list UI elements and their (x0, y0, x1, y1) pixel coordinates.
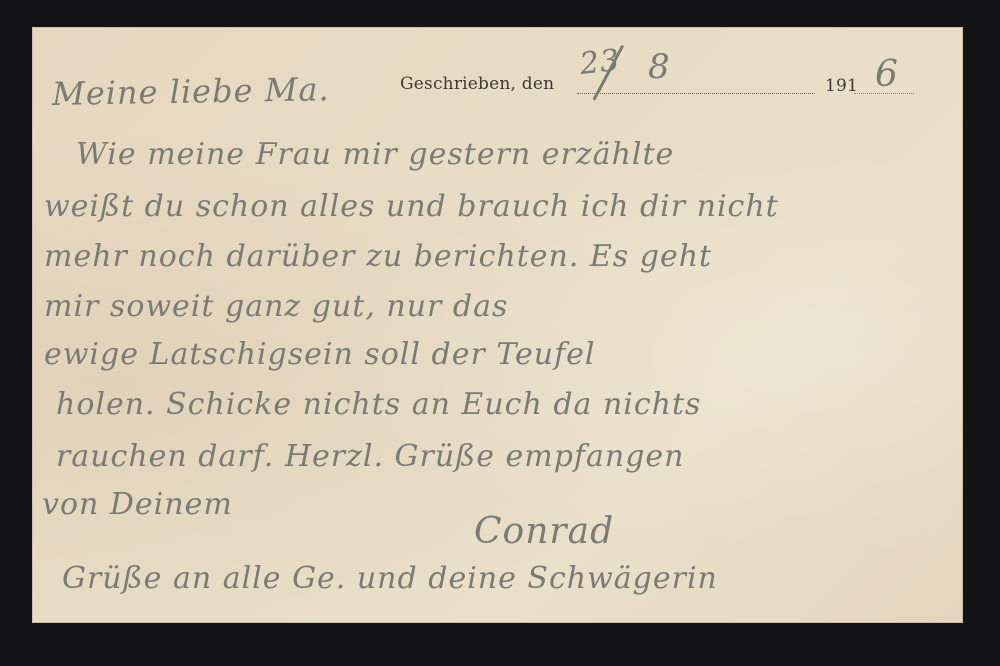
body-line-4: mir soweit ganz gut, nur das (44, 289, 508, 324)
salutation: Meine liebe Ma. (52, 70, 330, 113)
body-line-3: mehr noch darüber zu berichten. Es geht (44, 239, 712, 274)
body-line-8: von Deinem (42, 487, 233, 522)
signature: Conrad (474, 511, 614, 552)
postscript: Grüße an alle Ge. und deine Schwägerin (62, 561, 718, 596)
body-line-1: Wie meine Frau mir gestern erzählte (76, 137, 674, 172)
handwritten-year-digit: 6 (875, 54, 899, 95)
postcard: Geschrieben, den 191 23 8 6 Meine liebe … (32, 27, 963, 623)
printed-written-label: Geschrieben, den (400, 74, 554, 94)
body-line-5: ewige Latschigsein soll der Teufel (44, 337, 596, 372)
body-line-2: weißt du schon alles und brauch ich dir … (44, 189, 779, 224)
body-line-6: holen. Schicke nichts an Euch da nichts (56, 387, 701, 422)
date-dotted-line (577, 93, 815, 94)
body-line-7: rauchen darf. Herzl. Grüße empfangen (56, 439, 685, 474)
handwritten-date-month: 8 (648, 47, 671, 87)
